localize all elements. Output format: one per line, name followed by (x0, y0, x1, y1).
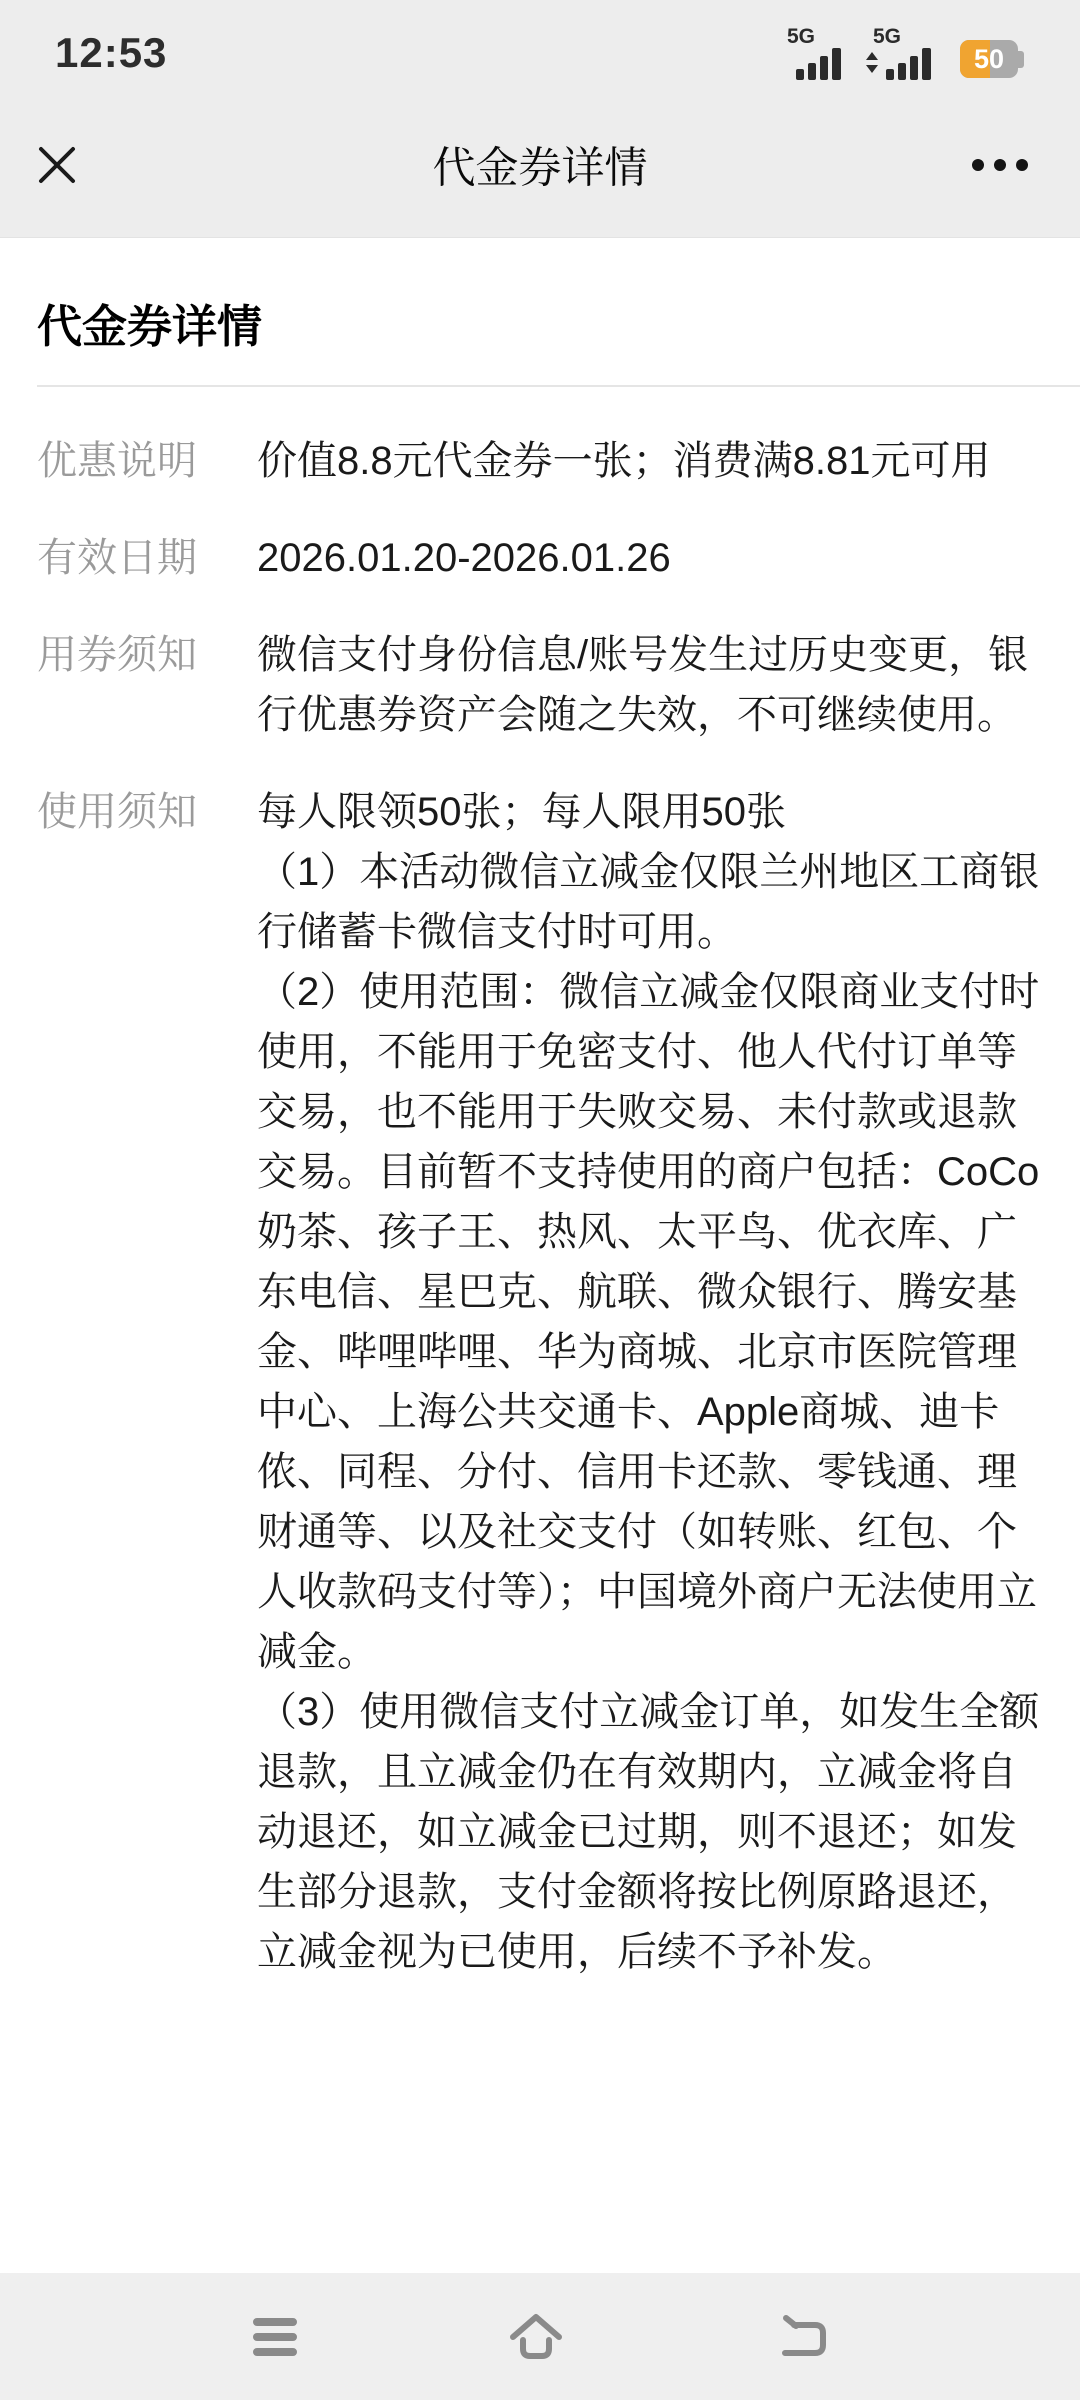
title-bar: 代金券详情 (0, 92, 1080, 237)
page-title: 代金券详情 (433, 134, 648, 195)
close-x-icon (34, 142, 80, 188)
row-value: 微信支付身份信息/账号发生过历史变更，银行优惠券资产会随之失效，不可继续使用。 (257, 625, 1048, 745)
detail-row-usage-notice: 使用须知 每人限领50张；每人限用50张 （1）本活动微信立减金仅限兰州地区工商… (37, 782, 1048, 1982)
voucher-detail-heading: 代金券详情 (37, 296, 1048, 358)
usage-terms-paragraph: 每人限领50张；每人限用50张 (257, 782, 1048, 842)
heading-divider (37, 385, 1080, 387)
status-bar: 12:53 5G 5G (0, 0, 1080, 92)
usage-terms-paragraph: （2）使用范围：微信立减金仅限商业支付时使用，不能用于免密支付、他人代付订单等交… (257, 962, 1048, 1682)
phone-screen: 12:53 5G 5G (0, 0, 1080, 2400)
row-value: 2026.01.20-2026.01.26 (257, 528, 1048, 588)
row-value: 价值8.8元代金券一张；消费满8.81元可用 (257, 431, 1048, 491)
detail-row-valid-date: 有效日期 2026.01.20-2026.01.26 (37, 528, 1048, 588)
usage-terms-paragraph: （1）本活动微信立减金仅限兰州地区工商银行储蓄卡微信支付时可用。 (257, 842, 1048, 962)
battery-icon: 50 (960, 40, 1024, 78)
android-nav-bar (0, 2273, 1080, 2400)
row-label: 用券须知 (37, 625, 199, 685)
battery-nub (1018, 51, 1024, 68)
more-button[interactable] (968, 147, 1032, 183)
row-value: 每人限领50张；每人限用50张 （1）本活动微信立减金仅限兰州地区工商银行储蓄卡… (257, 782, 1048, 1982)
back-button[interactable] (767, 2307, 835, 2367)
close-button[interactable] (26, 134, 88, 196)
signal-bars-sim2-icon: 5G (864, 26, 938, 80)
svg-text:5G: 5G (873, 26, 901, 48)
signal-bars-sim1-icon: 5G (786, 26, 848, 80)
home-icon (507, 2312, 565, 2362)
row-label: 使用须知 (37, 782, 199, 842)
three-dots-more-icon (972, 159, 984, 171)
detail-rows: 优惠说明 价值8.8元代金券一张；消费满8.81元可用 有效日期 2026.01… (37, 431, 1048, 1982)
svg-text:5G: 5G (787, 26, 815, 48)
battery-percent-label: 50 (960, 40, 1018, 78)
status-icons: 5G 5G (786, 26, 1024, 80)
top-chrome: 12:53 5G 5G (0, 0, 1080, 238)
row-label: 有效日期 (37, 528, 199, 588)
home-button[interactable] (501, 2306, 571, 2368)
clock-label: 12:53 (55, 29, 167, 77)
row-label: 优惠说明 (37, 431, 199, 491)
detail-row-coupon-notice: 用券须知 微信支付身份信息/账号发生过历史变更，银行优惠券资产会随之失效，不可继… (37, 625, 1048, 745)
recents-button[interactable] (245, 2309, 305, 2365)
detail-row-offer-description: 优惠说明 价值8.8元代金券一张；消费满8.81元可用 (37, 431, 1048, 491)
recents-menu-icon (251, 2315, 299, 2359)
usage-terms-paragraph: （3）使用微信支付立减金订单，如发生全额退款，且立减金仍在有效期内，立减金将自动… (257, 1682, 1048, 1982)
voucher-detail-content: 代金券详情 优惠说明 价值8.8元代金券一张；消费满8.81元可用 有效日期 2… (0, 238, 1080, 2273)
back-icon (773, 2313, 829, 2361)
